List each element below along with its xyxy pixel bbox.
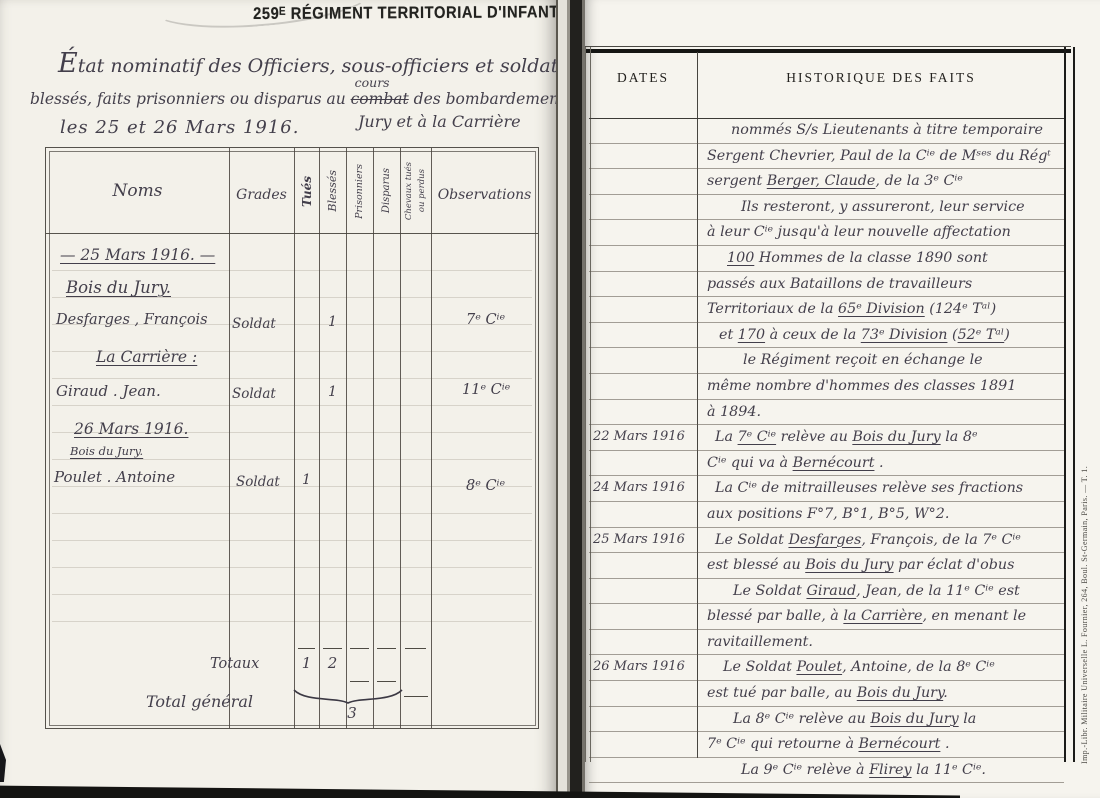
printer-imprint: Imp.-Libr. Militaire Universelle L. Four…	[1080, 372, 1094, 764]
journal-text: La	[715, 429, 738, 445]
journal-row: à leur Cⁱᵉ jusqu'à leur nouvelle affecta…	[589, 220, 1064, 246]
journal-text: ravitaillement.	[707, 634, 813, 650]
journal-text: , en menant le	[922, 608, 1026, 624]
casualty-table: Noms Grades Tués Blessés Prisonniers Dis…	[45, 147, 539, 729]
journal-row: La 9ᵉ Cⁱᵉ relève à Flirey la 11ᵉ Cⁱᵉ.	[589, 758, 1064, 784]
journal-row: est tué par balle, au Bois du Jury.	[589, 681, 1064, 707]
journal-entry-text: est blessé au Bois du Jury par éclat d'o…	[701, 553, 1064, 578]
journal-text: sergent	[707, 173, 767, 189]
journal-entry-text: Sergent Chevrier, Paul de la Cⁱᵉ de Mˢᵉˢ…	[701, 144, 1064, 169]
journal-right-border	[1064, 47, 1075, 762]
journal-text: (124ᵉ Tᵃˡ)	[925, 301, 996, 317]
journal-underlined-text: 52ᵉ Tᵃˡ	[958, 327, 1005, 343]
totals-tues: 1	[294, 654, 319, 672]
journal-text: même nombre d'hommes des classes 1891	[707, 378, 1016, 394]
col-line-grades	[229, 148, 230, 728]
dash-blesses	[323, 648, 342, 649]
header-noms: Noms	[46, 168, 229, 213]
row1-obs: 7ᵉ Cⁱᵉ	[466, 312, 505, 328]
journal-text: La 8ᵉ Cⁱᵉ relève au	[733, 711, 870, 727]
journal-entry-text: passés aux Bataillons de travailleurs	[701, 272, 1064, 297]
table-header-line	[46, 233, 538, 234]
journal-entry-text: La 9ᵉ Cⁱᵉ relève à Flirey la 11ᵉ Cⁱᵉ.	[701, 758, 1064, 783]
dash-disparus-2	[377, 681, 396, 682]
left-page: 259ᴱ RÉGIMENT TERRITORIAL D'INFANTERIE É…	[0, 0, 556, 798]
row3-grade: Soldat	[236, 474, 280, 490]
journal-text: La 9ᵉ Cⁱᵉ relève à	[741, 762, 869, 778]
journal-underlined-text: Bois du Jury	[852, 429, 940, 445]
total-general-label: Total général	[146, 692, 253, 711]
journal-row: blessé par balle, à la Carrière, en mena…	[589, 604, 1064, 630]
journal-row: sergent Berger, Claude, de la 3ᵉ Cⁱᵉ	[589, 169, 1064, 195]
journal-text: , Antoine, de la 8ᵉ Cⁱᵉ	[842, 659, 995, 675]
title-line2-pre: blessés, faits prisonniers ou disparus a…	[30, 90, 351, 108]
journal-entry-text: ravitaillement.	[701, 630, 1064, 655]
journal-text: la 11ᵉ Cⁱᵉ.	[912, 762, 986, 778]
journal-text: .	[940, 736, 949, 752]
journal-entry-text: même nombre d'hommes des classes 1891	[701, 374, 1064, 399]
journal-entry-text: nommés S/s Lieutenants à titre temporair…	[701, 118, 1064, 143]
journal-row: Ils resteront, y assureront, leur servic…	[589, 195, 1064, 221]
journal-entry-text: le Régiment reçoit en échange le	[701, 348, 1064, 373]
journal-underlined-text: 65ᵉ Division	[838, 301, 925, 317]
section-date-26-mars: 26 Mars 1916.	[74, 420, 188, 438]
journal-underlined-text: Bois du Jury	[805, 557, 893, 573]
journal-row: aux positions F°7, B°1, B°5, W°2.	[589, 502, 1064, 528]
journal-row: Territoriaux de la 65ᵉ Division (124ᵉ Tᵃ…	[589, 297, 1064, 323]
title-struck-word: combat	[351, 90, 409, 108]
journal-entry-text: aux positions F°7, B°1, B°5, W°2.	[701, 502, 1064, 527]
journal-text: passés aux Bataillons de travailleurs	[707, 276, 972, 292]
journal-text: Ils resteront, y assureront, leur servic…	[741, 199, 1025, 215]
journal-header-historique: HISTORIQUE DES FAITS	[701, 70, 1061, 86]
journal-row: même nombre d'hommes des classes 1891	[589, 374, 1064, 400]
journal-row: 25 Mars 1916Le Soldat Desfarges, Françoi…	[589, 528, 1064, 554]
journal-entry-text: Le Soldat Poulet, Antoine, de la 8ᵉ Cⁱᵉ	[701, 655, 1064, 680]
row2-blesses: 1	[319, 384, 346, 400]
total-general-value: 3	[342, 704, 362, 722]
totals-brace	[292, 688, 404, 705]
journal-text: aux positions F°7, B°1, B°5, W°2.	[707, 506, 949, 522]
header-tues: Tués	[294, 151, 319, 231]
journal-entry-text: La 7ᵉ Cⁱᵉ relève au Bois du Jury la 8ᵉ	[701, 425, 1064, 450]
journal-underlined-text: Bernécourt	[859, 736, 941, 752]
journal-entry-text: La 8ᵉ Cⁱᵉ relève au Bois du Jury la	[701, 707, 1064, 732]
journal-underlined-text: 73ᵉ Division	[861, 327, 948, 343]
journal-underlined-text: 7ᵉ Cⁱᵉ	[738, 429, 777, 445]
row2-grade: Soldat	[232, 386, 276, 402]
journal-text: la	[959, 711, 977, 727]
header-grades: Grades	[229, 180, 294, 210]
row2-obs: 11ᵉ Cⁱᵉ	[462, 382, 510, 398]
journal-row: passés aux Bataillons de travailleurs	[589, 272, 1064, 298]
journal-underlined-text: Berger, Claude	[767, 173, 876, 189]
title-line1: État nominatif des Officiers, sous-offic…	[58, 48, 621, 79]
journal-row: 26 Mars 1916Le Soldat Poulet, Antoine, d…	[589, 655, 1064, 681]
journal-row: nommés S/s Lieutenants à titre temporair…	[589, 118, 1064, 144]
journal-entry-text: La Cⁱᵉ de mitrailleuses relève ses fract…	[701, 476, 1064, 501]
journal-date: 24 Mars 1916	[593, 480, 697, 495]
journal-underlined-text: 170	[738, 327, 765, 343]
scanned-document: { "colors": { "paper_left": "#f3f1ea", "…	[0, 0, 1100, 798]
journal-text: est tué par balle, au	[707, 685, 857, 701]
journal-entry-text: 7ᵉ Cⁱᵉ qui retourne à Bernécourt .	[701, 732, 1064, 757]
journal-text: .	[874, 455, 883, 471]
journal-row: 24 Mars 1916La Cⁱᵉ de mitrailleuses relè…	[589, 476, 1064, 502]
journal-date: 25 Mars 1916	[593, 532, 697, 547]
col-line-prisonniers	[346, 148, 347, 728]
header-blesses: Blessés	[319, 151, 346, 231]
journal-text: 7ᵉ Cⁱᵉ qui retourne à	[707, 736, 859, 752]
journal-entry-text: à leur Cⁱᵉ jusqu'à leur nouvelle affecta…	[701, 220, 1064, 245]
row1-nom: Desfarges , François	[56, 312, 208, 328]
journal-row: 22 Mars 1916La 7ᵉ Cⁱᵉ relève au Bois du …	[589, 425, 1064, 451]
journal-text: , de la 3ᵉ Cⁱᵉ	[875, 173, 962, 189]
journal-top-border-thin	[585, 46, 1071, 47]
journal-text: à 1894.	[707, 404, 761, 420]
journal-row: ravitaillement.	[589, 630, 1064, 656]
journal-text: Cⁱᵉ qui va à	[707, 455, 793, 471]
col-line-chevaux	[400, 148, 401, 728]
journal-text: relève au	[776, 429, 852, 445]
journal-underlined-text: la Carrière	[843, 608, 922, 624]
row3-tues: 1	[294, 472, 319, 488]
journal-row: Sergent Chevrier, Paul de la Cⁱᵉ de Mˢᵉˢ…	[589, 144, 1064, 170]
journal-text: blessé par balle, à	[707, 608, 843, 624]
header-prisonniers: Prisonniers	[346, 151, 373, 231]
journal-text: par éclat d'obus	[894, 557, 1015, 573]
journal-entry-text: Ils resteront, y assureront, leur servic…	[701, 195, 1064, 220]
journal-row: à 1894.	[589, 400, 1064, 426]
journal-text: (	[947, 327, 957, 343]
journal-entry-text: Territoriaux de la 65ᵉ Division (124ᵉ Tᵃ…	[701, 297, 1064, 322]
journal-entry-text: Le Soldat Desfarges, François, de la 7ᵉ …	[701, 528, 1064, 553]
dash-prisonniers-2	[350, 681, 369, 682]
header-disparus: Disparus	[373, 151, 400, 231]
journal-row: et 170 à ceux de la 73ᵉ Division (52ᵉ Tᵃ…	[589, 323, 1064, 349]
dash-disparus	[377, 648, 396, 649]
header-chevaux: Chevaux tuésou perdus	[400, 151, 431, 231]
journal-entry-text: sergent Berger, Claude, de la 3ᵉ Cⁱᵉ	[701, 169, 1064, 194]
journal-underlined-text: Poulet	[796, 659, 842, 675]
col-line-tues	[294, 148, 295, 728]
section-date-25-mars: — 25 Mars 1916. —	[60, 246, 215, 264]
journal-text: est blessé au	[707, 557, 805, 573]
journal-text: à leur Cⁱᵉ jusqu'à leur nouvelle affecta…	[707, 224, 1011, 240]
row1-blesses: 1	[319, 314, 346, 330]
journal-text: , Jean, de la 11ᵉ Cⁱᵉ est	[856, 583, 1020, 599]
row2-nom: Giraud . Jean.	[56, 382, 161, 400]
header-observations: Observations	[431, 180, 538, 210]
journal-entry-text: Cⁱᵉ qui va à Bernécourt .	[701, 451, 1064, 476]
journal-entry-text: et 170 à ceux de la 73ᵉ Division (52ᵉ Tᵃ…	[701, 323, 1064, 348]
journal-row: le Régiment reçoit en échange le	[589, 348, 1064, 374]
journal-text: )	[1004, 327, 1010, 343]
dash-tues	[298, 648, 315, 649]
journal-text: Le Soldat	[723, 659, 796, 675]
journal-underlined-text: Bois du Jury	[857, 685, 943, 701]
section-place-bois-du-jury-2: Bois du Jury.	[70, 444, 143, 458]
journal-row: Le Soldat Giraud, Jean, de la 11ᵉ Cⁱᵉ es…	[589, 579, 1064, 605]
col-line-disparus	[373, 148, 374, 728]
journal-text: et	[719, 327, 738, 343]
title-correction-wrap: combatcours	[351, 90, 409, 108]
journal-rows: nommés S/s Lieutenants à titre temporair…	[589, 118, 1064, 783]
journal-header-dates: DATES	[589, 70, 697, 86]
journal-entry-text: est tué par balle, au Bois du Jury.	[701, 681, 1064, 706]
journal-date: 26 Mars 1916	[593, 659, 697, 674]
journal-underlined-text: Flirey	[869, 762, 911, 778]
journal-underlined-text: Bois du Jury	[870, 711, 958, 727]
journal-table: DATES HISTORIQUE DES FAITS nommés S/s Li…	[585, 46, 1071, 762]
journal-text: La Cⁱᵉ de mitrailleuses relève ses fract…	[715, 480, 1023, 496]
col-line-blesses	[319, 148, 320, 728]
journal-underlined-text: Bernécourt	[793, 455, 875, 471]
journal-underlined-text: Giraud	[806, 583, 856, 599]
journal-text: la 8ᵉ	[941, 429, 978, 445]
journal-text: , François, de la 7ᵉ Cⁱᵉ	[861, 532, 1021, 548]
journal-entry-text: blessé par balle, à la Carrière, en mena…	[701, 604, 1064, 629]
journal-entry-text: 100 Hommes de la classe 1890 sont	[701, 246, 1064, 271]
journal-text: Le Soldat	[733, 583, 806, 599]
dash-chevaux	[405, 648, 426, 649]
section-place-la-carriere: La Carrière :	[96, 348, 197, 366]
section-place-bois-du-jury: Bois du Jury.	[66, 278, 171, 297]
journal-text: à ceux de la	[765, 327, 861, 343]
book-spine	[556, 0, 585, 798]
journal-text: Sergent Chevrier, Paul de la Cⁱᵉ de Mˢᵉˢ…	[707, 148, 1051, 164]
row3-nom: Poulet . Antoine	[54, 468, 175, 486]
journal-text: le Régiment reçoit en échange le	[743, 352, 983, 368]
regiment-stamp: 259ᴱ RÉGIMENT TERRITORIAL D'INFANTERIE	[253, 3, 567, 24]
dash-chevaux-2	[404, 696, 428, 697]
journal-row: Cⁱᵉ qui va à Bernécourt .	[589, 451, 1064, 477]
journal-row: La 8ᵉ Cⁱᵉ relève au Bois du Jury la	[589, 707, 1064, 733]
totals-blesses: 2	[319, 654, 346, 672]
journal-top-border-thick	[585, 49, 1071, 53]
journal-text: nommés S/s Lieutenants à titre temporair…	[731, 122, 1043, 138]
journal-row: est blessé au Bois du Jury par éclat d'o…	[589, 553, 1064, 579]
title-line3-left: les 25 et 26 Mars 1916.	[60, 117, 299, 138]
journal-row: 100 Hommes de la classe 1890 sont	[589, 246, 1064, 272]
journal-text: Le Soldat	[715, 532, 788, 548]
journal-underlined-text: 100	[727, 250, 754, 266]
journal-text: Hommes de la classe 1890 sont	[754, 250, 987, 266]
journal-text: .	[943, 685, 948, 701]
journal-text: Territoriaux de la	[707, 301, 838, 317]
journal-underlined-text: Desfarges	[788, 532, 861, 548]
journal-date: 22 Mars 1916	[593, 429, 697, 444]
row3-obs: 8ᵉ Cⁱᵉ	[466, 478, 505, 494]
journal-row: 7ᵉ Cⁱᵉ qui retourne à Bernécourt .	[589, 732, 1064, 758]
dash-prisonniers	[350, 648, 369, 649]
col-line-observations	[431, 148, 432, 728]
title-correction: cours	[355, 75, 390, 90]
totals-label: Totaux	[210, 656, 259, 672]
journal-entry-text: Le Soldat Giraud, Jean, de la 11ᵉ Cⁱᵉ es…	[701, 579, 1064, 604]
journal-entry-text: à 1894.	[701, 400, 1064, 425]
row1-grade: Soldat	[232, 316, 276, 332]
title-line3-right: Jury et à la Carrière	[358, 112, 521, 131]
